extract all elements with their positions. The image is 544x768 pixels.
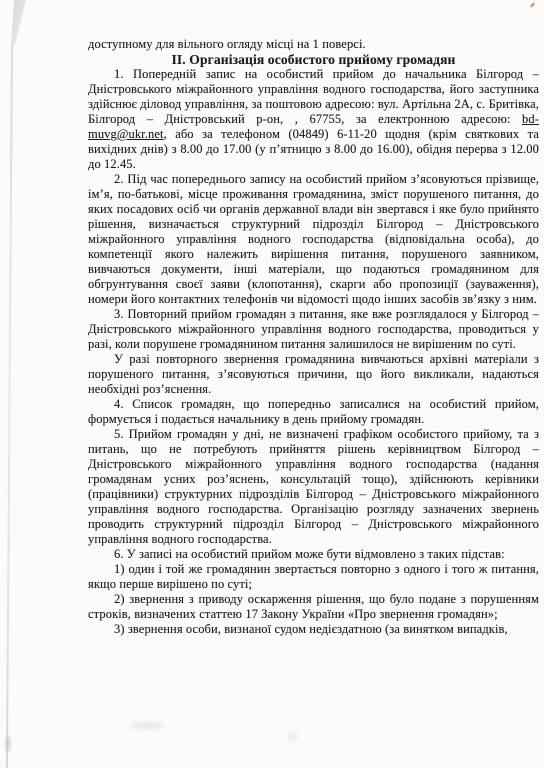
paragraph-3-continuation: У разі повторного звернення громадянина … bbox=[88, 352, 539, 397]
scan-smudge bbox=[36, 528, 41, 532]
section-heading: ІІ. Організація особистого прийому грома… bbox=[88, 52, 539, 67]
paragraph-5: 5. Прийом громадян у дні, не визначені г… bbox=[88, 427, 539, 547]
scan-edge-blot bbox=[5, 736, 11, 752]
continuation-line: доступному для вільного огляду місці на … bbox=[88, 37, 539, 52]
scan-paper-edge-wedge bbox=[7, 0, 27, 46]
paragraph-2: 2. Під час попереднього запису на особис… bbox=[88, 172, 539, 307]
paragraph-3: 3. Повторний прийом громадян з питання, … bbox=[88, 307, 539, 352]
document-body: доступному для вільного огляду місці на … bbox=[88, 37, 539, 637]
paragraph-6-item-2: 2) звернення з приводу оскарження рішенн… bbox=[88, 592, 539, 622]
scan-speck bbox=[529, 2, 535, 9]
paragraph-1-text-before: 1. Попередній запис на особистий прийом … bbox=[88, 67, 539, 126]
scan-smudge bbox=[130, 722, 164, 729]
paragraph-1: 1. Попередній запис на особистий прийом … bbox=[88, 67, 539, 172]
paragraph-4: 4. Список громадян, що попередньо записа… bbox=[88, 397, 539, 427]
scan-paper-edge-line bbox=[6, 44, 13, 768]
scan-smudge bbox=[287, 733, 298, 740]
paragraph-6-item-1: 1) один і той же громадянин звертається … bbox=[88, 562, 539, 592]
paragraph-6-item-3: 3) звернення особи, визнаної судом недіє… bbox=[88, 622, 539, 637]
paragraph-6-intro: 6. У записі на особистий прийом може бут… bbox=[88, 547, 539, 562]
scanned-document-page: доступному для вільного огляду місці на … bbox=[0, 0, 544, 768]
